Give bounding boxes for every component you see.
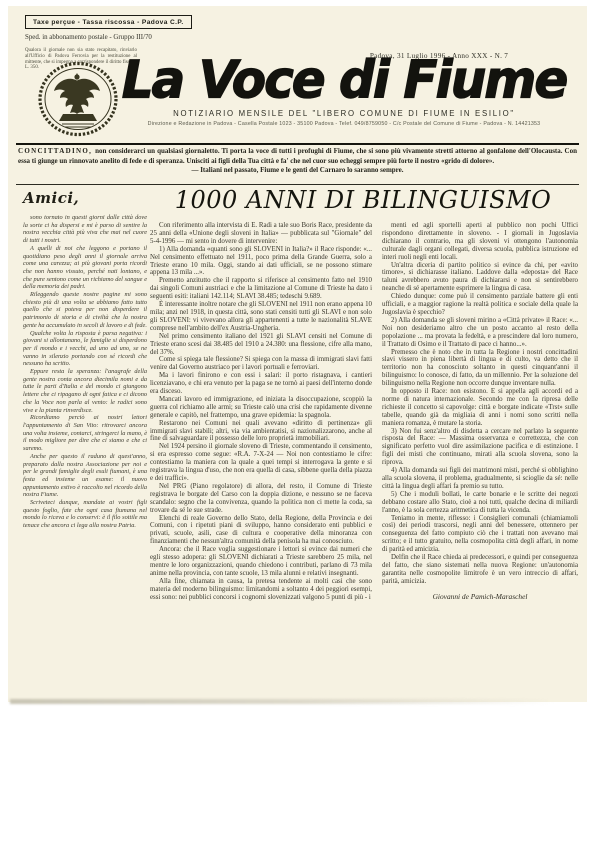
- newspaper-page: { "masthead": { "tax_line": "Taxe perçue…: [0, 0, 595, 842]
- article-paragraph: Chiedo dunque: come può il censimento pa…: [382, 293, 578, 317]
- article-paragraph: Alla fine, chiamata in causa, la pretesa…: [150, 578, 372, 602]
- article-paragraph: È interessante inoltre notare che gli SL…: [150, 301, 372, 333]
- article-paragraph: Delfin che il Race chieda ai predecessor…: [382, 554, 578, 586]
- article-paragraph: Ancora: che il Race voglia suggestionare…: [150, 546, 372, 578]
- article-paragraph: 3) Non fui senz'altro di disdetta a cerc…: [382, 428, 578, 468]
- letter-paragraph: Anche per questo il raduno di quest'anno…: [23, 453, 147, 499]
- article-headline: 1000 ANNI DI BILINGUISMO: [148, 186, 578, 214]
- masthead: La Voce di Fiume NOTIZIARIO MENSILE DEL …: [108, 52, 580, 127]
- letter-paragraph: Ricordiamo perciò ai nostri lettori l'ap…: [23, 414, 147, 453]
- article-paragraph: Mancati lavoro ed immigrazione, ed inizi…: [150, 396, 372, 420]
- article-paragraph: Con riferimento alla intervista di E. Ra…: [150, 222, 372, 246]
- motto-band: CONCITTADINO,non considerarci un qualsia…: [18, 147, 577, 176]
- motto-text: CONCITTADINO,non considerarci un qualsia…: [18, 147, 577, 166]
- article-paragraph: Nel PRG (Piano regolatore) di allora, de…: [150, 483, 372, 515]
- letter-paragraph: Scriveteci dunque, mandate ai vostri fig…: [23, 499, 147, 530]
- article-paragraph: 2) Alla domanda se gli sloveni mirino a …: [382, 317, 578, 349]
- letter-paragraph: sono tornato in questi giorni dalle citt…: [23, 214, 147, 245]
- postal-tax-box: Taxe perçue - Tassa riscossa - Padova C.…: [25, 15, 192, 29]
- letter-paragraph: Qualche volta la risposta è parsa negati…: [23, 330, 147, 369]
- scan-bottom-edge: [10, 699, 554, 704]
- motto-closing: — Italiani nel passato, Fiume e le genti…: [18, 166, 577, 176]
- article-paragraph: Premesso che è noto che in tutta la Regi…: [382, 349, 578, 389]
- article-paragraph: 4) Alla domanda sui figli dei matrimoni …: [382, 467, 578, 491]
- article-paragraph: Elenchi di reale Governo dello Stato, de…: [150, 515, 372, 547]
- scanned-newspaper-sheet: Taxe perçue - Tassa riscossa - Padova C.…: [8, 6, 587, 702]
- article-paragraph: In opposto il Race: non esistono. E si a…: [382, 388, 578, 428]
- article-column-1: Con riferimento alla intervista di E. Ra…: [150, 222, 372, 672]
- address-line: Direzione e Redazione in Padova - Casell…: [108, 121, 580, 127]
- article-paragraph: Un'altra diceria di partito politico si …: [382, 262, 578, 294]
- article-paragraph: 5) Che i moduli bollati, le carte bonari…: [382, 491, 578, 515]
- letter-column: sono tornato in questi giorni dalle citt…: [23, 214, 147, 674]
- article-paragraph: Restarono nei Comuni nei quali avevano «…: [150, 420, 372, 444]
- article-paragraph: menti ed agli sportelli aperti al pubbli…: [382, 222, 578, 262]
- article-paragraph: Come si spiega tale flessione? Si spiega…: [150, 356, 372, 372]
- newspaper-title: La Voce di Fiume: [108, 51, 580, 109]
- article-paragraph: 1) Alla domanda «quanti sono gli SLOVENI…: [150, 246, 372, 278]
- article-paragraph: Premetto anzitutto che il rapporto si ri…: [150, 277, 372, 301]
- letter-paragraph: A quelli di noi che leggono e portano il…: [23, 245, 147, 291]
- article-paragraph: Teniamo in mente, riflesso: i Consiglier…: [382, 515, 578, 555]
- article-signature: Giovanni de Pamich-Maraschel: [382, 593, 578, 601]
- article-paragraph: Nel primo censimento italiano del 1921 g…: [150, 333, 372, 357]
- motto-lead-word: CONCITTADINO,: [18, 147, 92, 155]
- article-paragraph: Nel 1924 persino il giornale sloveno di …: [150, 443, 372, 483]
- postal-subscription-line: Sped. in abbonamento postale - Gruppo II…: [25, 34, 152, 41]
- article-paragraph: Ma i lavori finirono e con essi i salari…: [150, 372, 372, 396]
- divider-thick: [16, 143, 579, 145]
- newspaper-subtitle: NOTIZIARIO MENSILE DEL "LIBERO COMUNE DI…: [108, 109, 580, 118]
- letter-paragraph: Rileggendo queste nostre pagine mi sono …: [23, 291, 147, 330]
- motto-body-text: non considerarci un qualsiasi giornalett…: [18, 147, 577, 165]
- article-column-2-text: menti ed agli sportelli aperti al pubbli…: [382, 222, 578, 586]
- letter-heading: Amici,: [23, 189, 79, 207]
- article-column-2: menti ed agli sportelli aperti al pubbli…: [382, 222, 578, 672]
- divider-thin: [16, 184, 579, 185]
- letter-paragraph: Eppure resta la speranza: l'anagrafe del…: [23, 368, 147, 414]
